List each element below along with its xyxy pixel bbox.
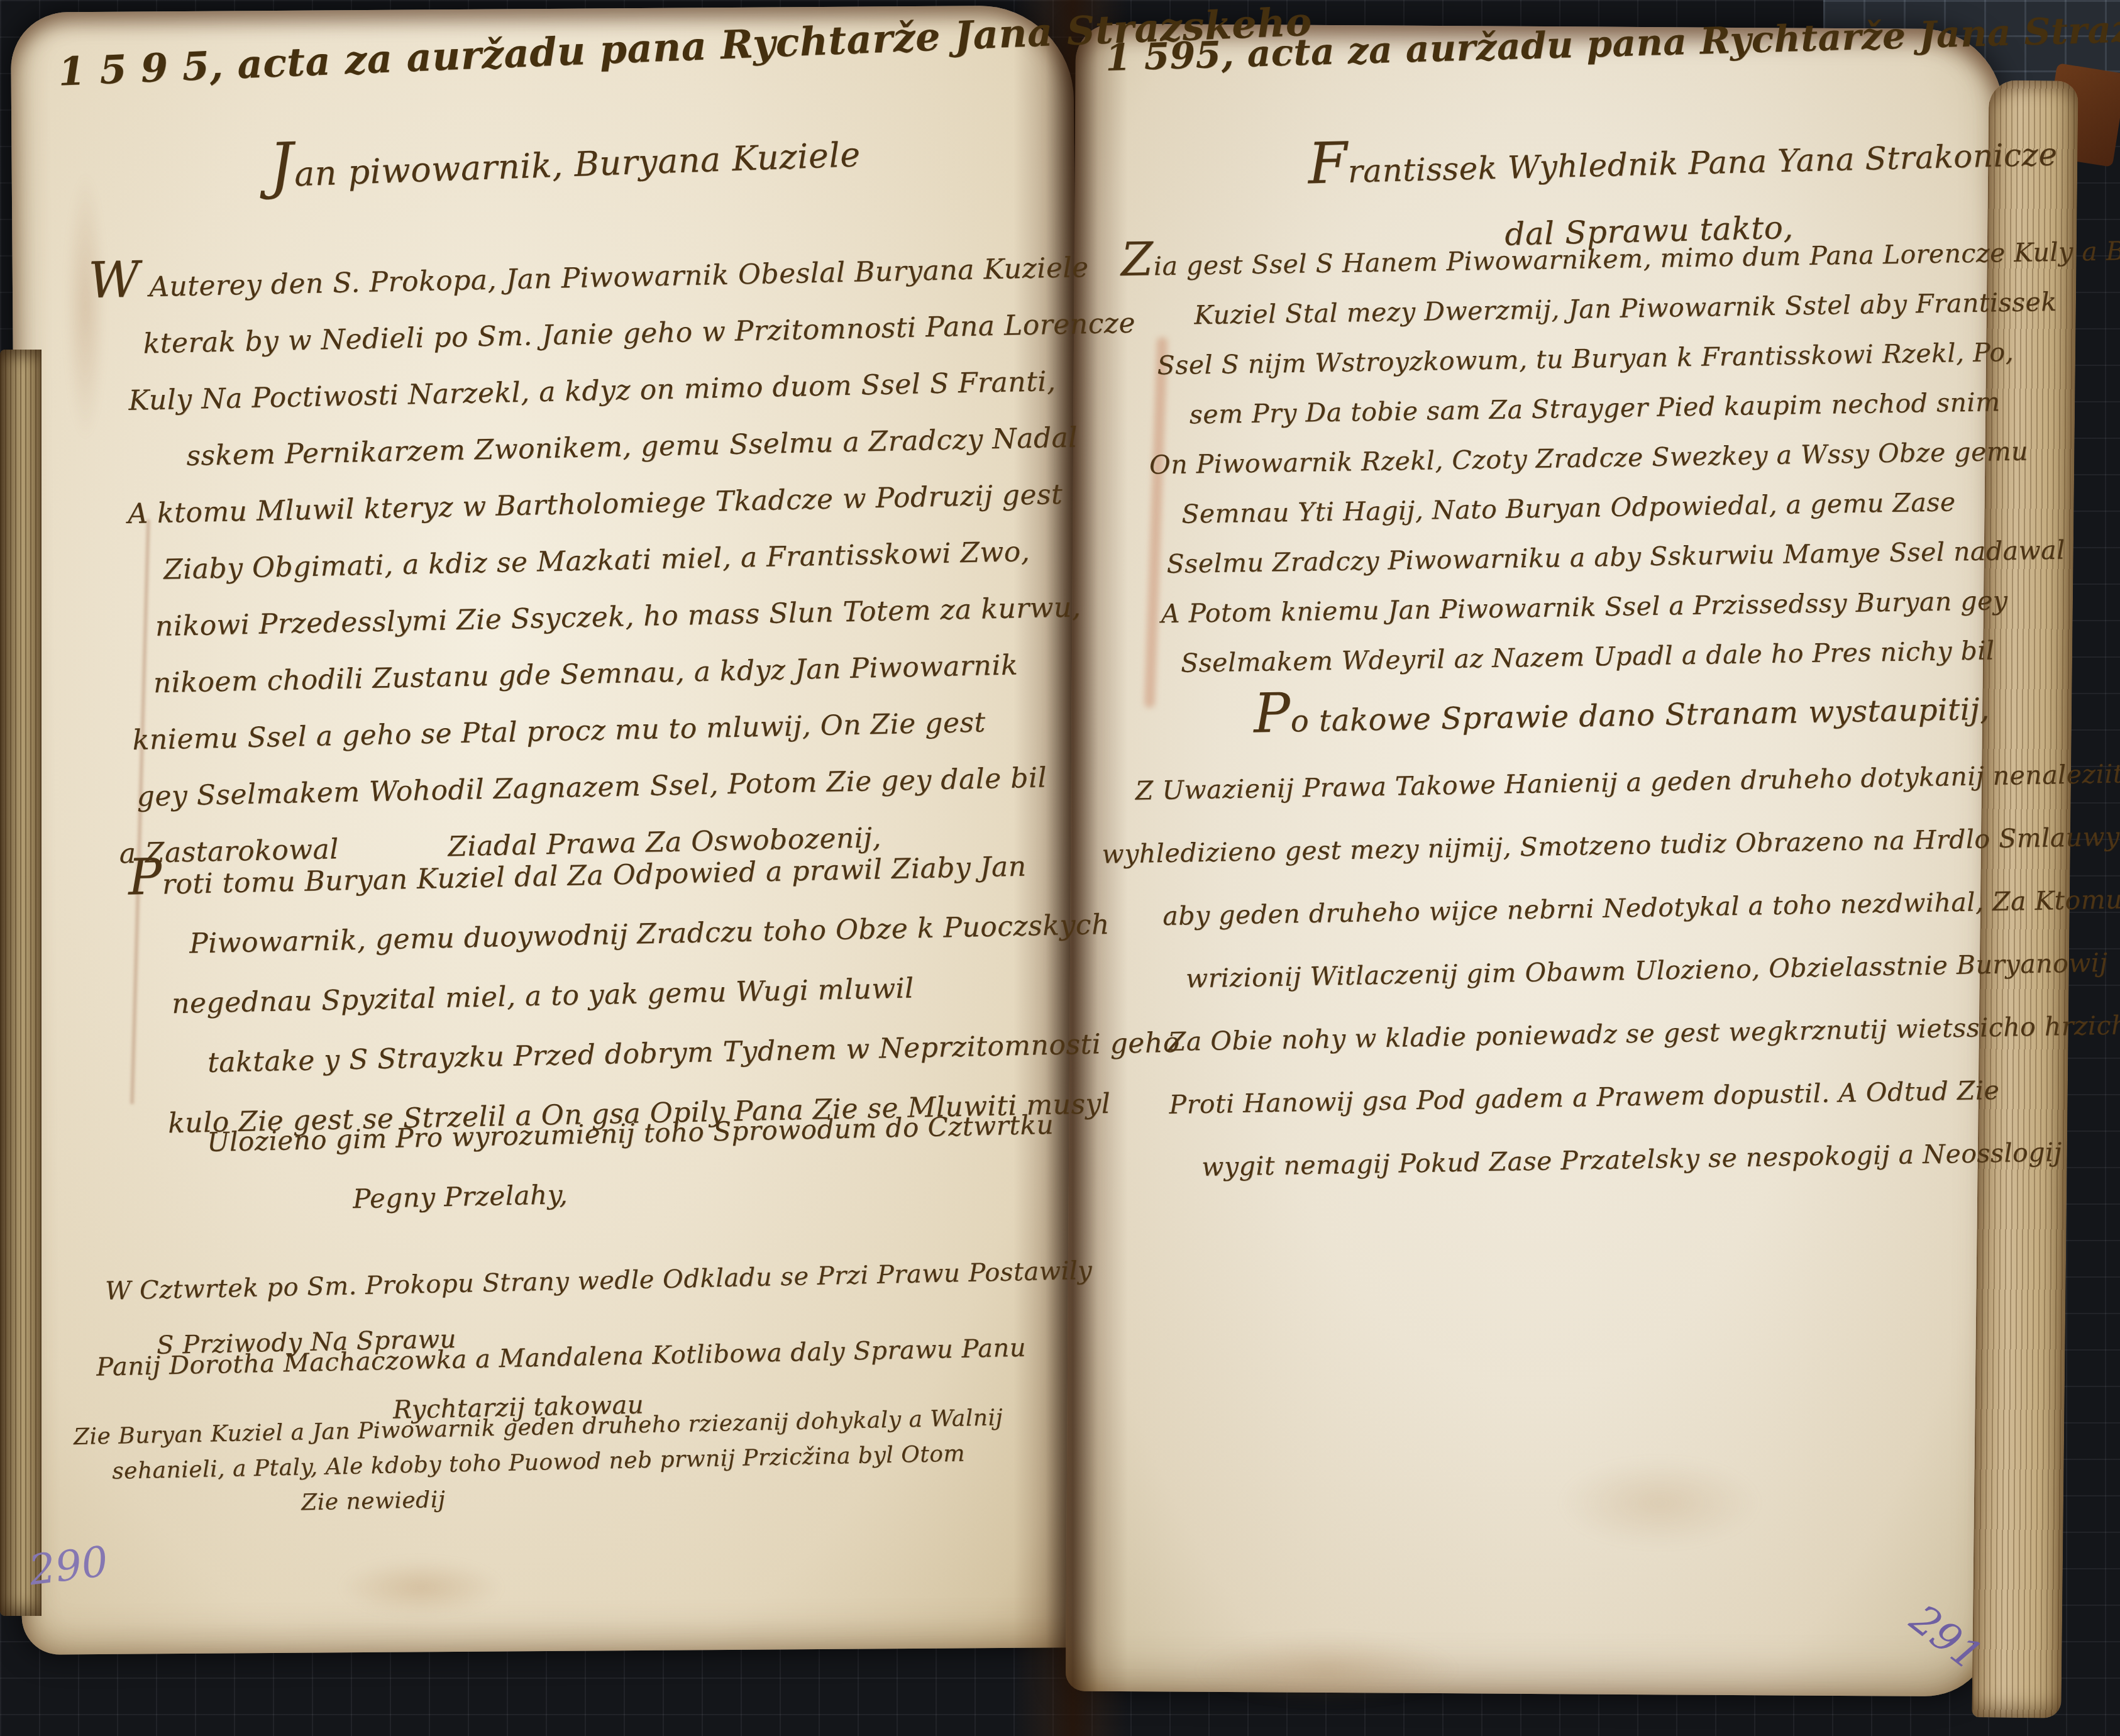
manuscript-photo: { "colors": { "ink": "#4c3415", "paper":… xyxy=(0,0,2120,1736)
right-paragraph-2: Z Uwazienij Prawa Takowe Hanienij a gede… xyxy=(1100,744,2026,1200)
left-note-1: Ulozieno gim Pro wyrozumienij toho Sprow… xyxy=(206,1096,995,1232)
right-paragraph-1: Zia gest Ssel S Hanem Piwowarnikem, mimo… xyxy=(1121,228,2021,689)
left-paragraph-1: W Auterey den S. Prokopa, Jan Piwowarnik… xyxy=(88,240,1069,883)
left-page-number: 290 xyxy=(26,1537,111,1595)
left-note-4: Zie Buryan Kuziel a Jan Piwowarnik geden… xyxy=(73,1400,1043,1525)
left-page-edges xyxy=(0,350,41,1616)
